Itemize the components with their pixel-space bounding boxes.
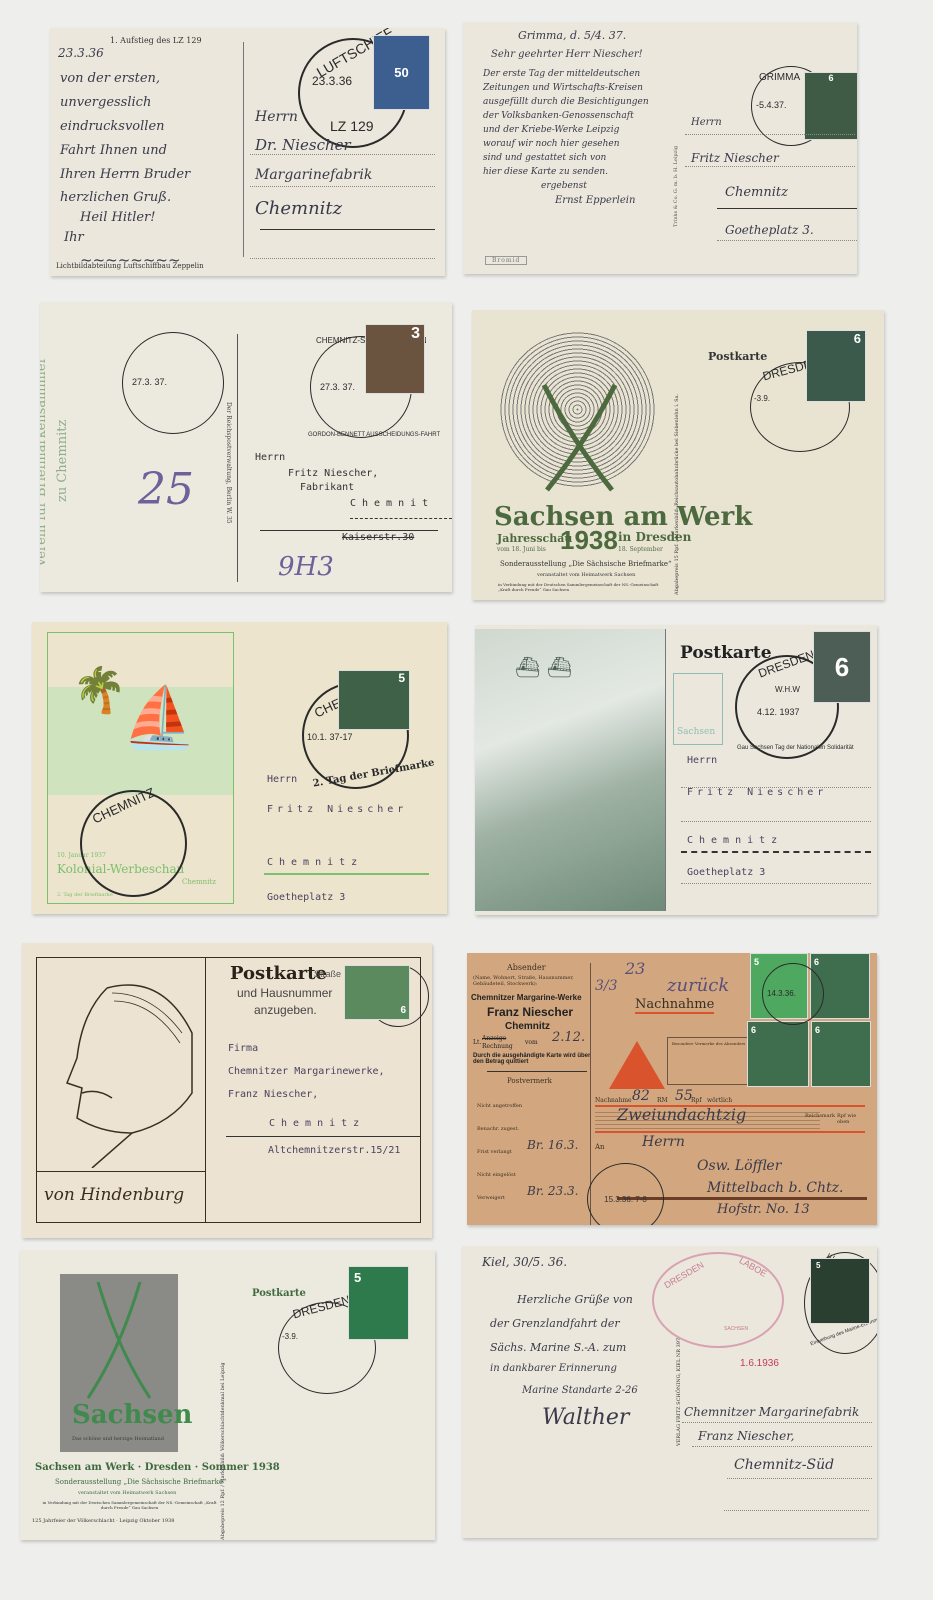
stamp: 5 xyxy=(348,1266,409,1340)
hindenburg-portrait xyxy=(52,973,202,1168)
recipient-line: Mittelbach b. Chtz. xyxy=(707,1181,844,1196)
address-rule xyxy=(350,518,452,519)
exhibition-year: 1938 xyxy=(560,525,618,556)
address-rule xyxy=(692,1446,872,1447)
address-line: Chemnitzer Margarinefabrik xyxy=(684,1406,859,1419)
address-line: Fritz Niescher xyxy=(267,804,407,815)
address-rule xyxy=(260,229,435,230)
stamp: 5 xyxy=(810,1258,870,1324)
amount-rm: 82 xyxy=(632,1089,650,1104)
divider xyxy=(237,334,238,582)
section-rule xyxy=(487,1071,587,1072)
postcard-kiel: Kiel, 30/5. 36. Herzliche Grüße von der … xyxy=(462,1246,877,1538)
postmark-bottom: Gau Sachsen Tag der Nationalen Solidarit… xyxy=(737,745,854,751)
message-line: Kiel, 30/5. 36. xyxy=(482,1256,567,1269)
caption-bottom: Lichtbildabteilung Luftschiffbau Zeppeli… xyxy=(56,262,204,270)
postmark-bottom: LZ 129 xyxy=(330,118,374,134)
oval-stamp-bottom: SACHSEN xyxy=(724,1326,748,1332)
worded-label: wörtlich xyxy=(707,1097,732,1104)
address-rule xyxy=(681,883,871,884)
exhibition-subtitle-right: in Dresden xyxy=(618,530,691,544)
address-line: Herrn xyxy=(255,452,285,463)
postkarte-label: Postkarte xyxy=(708,350,767,363)
postkarte-label: Postkarte xyxy=(680,643,772,663)
postvermerk-row: Nicht angetroffen xyxy=(477,1103,522,1109)
sender-company: Chemnitzer Margarine-Werke xyxy=(471,993,582,1002)
postmark-date: -5.4.37. xyxy=(756,100,787,110)
address-rule xyxy=(682,1422,872,1423)
side-imprint: Der Reichspostverwaltung, Berlin W. 35 xyxy=(225,402,232,524)
exhibition-fine-print: in Verbindung mit der Deutschen Sammlerg… xyxy=(498,582,663,592)
signature: von Hindenburg xyxy=(44,1187,184,1205)
message-line: unvergesslich xyxy=(60,96,151,110)
recipient-line: Osw. Löffler xyxy=(697,1159,781,1174)
postkarte-label: Postkarte xyxy=(252,1288,306,1299)
address-rule xyxy=(681,851,871,853)
receipt-note: Durch die ausgehändigte Karte wird über … xyxy=(473,1053,595,1065)
message-line: Fahrt Ihnen und xyxy=(60,144,167,158)
postvermerk-row: Frist verlangt xyxy=(477,1149,512,1155)
postvermerk-label: Postvermerk xyxy=(507,1077,552,1085)
address-line: Chemnitz-Süd xyxy=(734,1458,834,1473)
invoice-vom: vom xyxy=(525,1039,538,1046)
stamp: 6 xyxy=(811,1021,871,1087)
postcard-kolonial: ⛵ 🌴 10. Januar 1937 Kolonial-Werbeschau … xyxy=(32,622,447,914)
an-label: An xyxy=(595,1143,605,1151)
postcard-sachsen-1938: Sachsen Das schöne und herzige Heimatlan… xyxy=(20,1250,435,1540)
postvermerk-row: Verweigert xyxy=(477,1195,505,1201)
postvermerk-value: Br. 16.3. xyxy=(527,1139,578,1152)
invoice-label: Rechnung xyxy=(482,1043,513,1050)
recipient-line: Herrn xyxy=(642,1135,685,1150)
stamp: 6 xyxy=(747,1021,809,1087)
address-line: Herrn xyxy=(255,110,298,125)
address-rule xyxy=(681,821,871,822)
postcard-gordon-bennett: Verein für Briefmarkensammler zu Chemnit… xyxy=(40,302,452,592)
signature: Walther xyxy=(542,1406,629,1429)
address-line: Franz Niescher, xyxy=(698,1430,794,1443)
message-line: Herzliche Grüße von xyxy=(517,1294,633,1306)
amount-words: Zweiundachtzig xyxy=(617,1107,746,1124)
message-line: Zeitungen und Wirtschafts-Kreisen xyxy=(483,84,643,93)
postmark-bottom: GORDON-BENNETT AUSSCHEIDUNGS-FAHRT xyxy=(308,432,440,438)
side-imprint: Abgabepreis 15 Rpf. / Markenbild: Reichs… xyxy=(674,394,680,595)
divider xyxy=(205,957,206,1223)
panel-line: 2. Tag der Briefmarke xyxy=(57,892,113,898)
postcard-sachsen-am-werk: Sachsen am Werk Jahresschau 1938 in Dres… xyxy=(472,310,884,600)
postmark-date: 27.3. 37. xyxy=(320,382,355,392)
side-imprint: Trinks & Co. G. m. b. H. Leipzig xyxy=(673,146,679,227)
sender-hint: (Name, Wohnort, Straße, Hausnummer, Gebä… xyxy=(473,975,591,987)
address-line: Kaiserstr.30 xyxy=(342,532,414,543)
message-line: hier diese Karte zu senden. xyxy=(483,168,608,177)
ships-illustration: ⛴ ⛴ xyxy=(515,655,572,679)
message-line: Ihr xyxy=(64,231,84,245)
postkarte-label: Postkarte xyxy=(230,963,327,984)
headline: Sachsen am Werk · Dresden · Sommer 1938 xyxy=(35,1462,280,1473)
message-line: Ihren Herrn Bruder xyxy=(60,168,190,182)
postcard-whw: ⛴ ⛴ Postkarte Sachsen DRESDEN W.H.W 4.12… xyxy=(475,625,877,915)
address-line: Herrn xyxy=(267,774,297,785)
address-rule xyxy=(724,1510,869,1511)
stamp: 6 xyxy=(806,330,866,402)
message-line: und der Kriebe-Werke Leipzig xyxy=(483,126,619,135)
address-rule xyxy=(260,530,438,531)
message-line: von der ersten, xyxy=(60,72,160,86)
stamp: 50 xyxy=(373,35,430,110)
pencil-note: 9H3 xyxy=(278,554,334,581)
postmark-date: 4.12. 1937 xyxy=(757,707,800,717)
message-line: ergebenst xyxy=(541,182,587,191)
address-rule xyxy=(727,1478,872,1479)
divider xyxy=(665,629,666,911)
footer: 125 Jahrfeier der Völkerschlacht · Leipz… xyxy=(32,1518,174,1524)
message-line: in dankbarer Erinnerung xyxy=(490,1364,617,1375)
address-rule xyxy=(250,186,435,187)
message-line: Grimma, d. 5/4. 37. xyxy=(518,30,626,42)
address-rule xyxy=(685,166,855,167)
postmark-date: 10.1. 37-17 xyxy=(307,732,353,742)
message-line: eindrucksvollen xyxy=(60,120,165,134)
caption-top: 1. Aufstieg des LZ 129 xyxy=(110,36,202,45)
exhibition-special: Sonderausstellung „Die Sächsische Briefm… xyxy=(500,560,672,568)
pencil-note: 25 xyxy=(138,467,194,513)
rpf-wie-oben: Rpf wie oben xyxy=(837,1113,867,1125)
divider xyxy=(243,42,244,257)
nachnahme-triangle xyxy=(609,1041,665,1089)
address-line: Goetheplatz 3. xyxy=(725,224,814,237)
address-line: Altchemnitzerstr.15/21 xyxy=(268,1145,400,1156)
panel-subtitle: Das schöne und herzige Heimatland xyxy=(72,1436,164,1442)
address-line: Firma xyxy=(228,1043,258,1054)
fine-print: in Verbindung mit der Deutschen Sammlerg… xyxy=(42,1500,217,1510)
address-line: Chemnitz xyxy=(255,200,342,219)
postmark-chemnitz-date: 14.3.36. xyxy=(767,989,796,998)
address-line: Fritz Niescher xyxy=(691,152,779,165)
postmark-top: GRIMMA xyxy=(759,72,800,83)
amount-label: Nachnahme xyxy=(595,1097,632,1104)
amount-rule xyxy=(595,1131,865,1133)
message-line: Marine Standarte 2-26 xyxy=(522,1386,638,1397)
message-line: Sächs. Marine S.-A. zum xyxy=(490,1342,626,1354)
message-line: ausgefüllt durch die Besichtigungen xyxy=(483,98,649,107)
postmark-date: -3.9. xyxy=(282,1332,298,1341)
exhibition-date-right: 18. September xyxy=(618,546,663,553)
postcard-grimma: Grimma, d. 5/4. 37. Sehr geehrter Herr N… xyxy=(463,22,857,274)
exhibition-date-left: vom 18. Juni bis xyxy=(497,546,546,553)
stamp: 3 xyxy=(365,324,425,394)
address-line: Chemnitz xyxy=(687,835,783,846)
rm-label: RM xyxy=(657,1097,668,1104)
postmark-mittelbach: 15.3.36. 7-8 xyxy=(587,1163,664,1225)
stamp: 6 xyxy=(344,965,410,1020)
address-line: Fritz Niescher, xyxy=(288,468,378,479)
sender-label: Absender xyxy=(507,963,546,972)
address-line: Fritz Niescher xyxy=(687,787,827,798)
invoice-struck: Anzeige xyxy=(482,1035,506,1042)
stamp: 6 xyxy=(813,631,871,703)
slogan-line: und Hausnummer xyxy=(237,986,332,1000)
address-rule xyxy=(226,1136,421,1137)
address-line: Dr. Niescher xyxy=(255,138,351,154)
crossed-swords-icon xyxy=(532,380,627,495)
message-line: Heil Hitler! xyxy=(80,211,156,225)
address-rule xyxy=(250,154,435,155)
address-line: Goetheplatz 3 xyxy=(267,892,345,903)
recipient-line: Hofstr. No. 13 xyxy=(717,1203,810,1217)
address-rule xyxy=(681,787,871,788)
stamp: 5 xyxy=(338,670,410,730)
ship-illustration: ⛵ xyxy=(122,682,197,753)
exhibition-title: Sachsen am Werk xyxy=(494,502,752,532)
label-box: Bromid xyxy=(485,256,527,265)
address-line: Chemnitz xyxy=(267,857,363,868)
sender-name: Franz Niescher xyxy=(487,1005,573,1019)
side-imprint: VERLAG FRITZ SCHÖNING, KIEL NR 397 xyxy=(676,1338,682,1446)
postcard-hindenburg: von Hindenburg Postkarte Straße und Haus… xyxy=(22,943,432,1238)
message-line: Der erste Tag der mitteldeutschen xyxy=(483,70,640,79)
reichsmark-label: Reichsmark xyxy=(805,1113,830,1119)
pencil-note: 23 xyxy=(625,961,645,978)
panel-title: Sachsen xyxy=(72,1400,192,1430)
message-line: Sehr geehrter Herr Niescher! xyxy=(491,50,643,61)
invoice-date: 2.12. xyxy=(552,1031,585,1045)
address-line: Goetheplatz 3 xyxy=(687,867,765,878)
palm-illustration: 🌴 xyxy=(72,664,127,716)
postmark-date: -3.9. xyxy=(754,394,770,403)
panel-line: Chemnitz xyxy=(182,878,216,886)
rpf-label: Rpf xyxy=(691,1097,702,1104)
sachsen-box-label: Sachsen xyxy=(677,727,715,737)
address-line: Franz Niescher, xyxy=(228,1089,318,1100)
sender-vertical: Verein für Briefmarkensammler xyxy=(40,357,49,567)
address-line: Fabrikant xyxy=(300,482,354,493)
stamp: 6 xyxy=(804,72,857,140)
message-line: der Volksbanken-Genossenschaft xyxy=(483,112,634,121)
slogan-line: Straße xyxy=(314,969,341,979)
message-line: 23.3.36 xyxy=(58,47,104,60)
invoice-prefix: Lt. xyxy=(473,1039,481,1046)
message-line: worauf wir noch hier gesehen xyxy=(483,140,620,149)
postcard-zeppelin: 1. Aufstieg des LZ 129 23.3.36 von der e… xyxy=(50,28,445,276)
oval-stamp xyxy=(652,1252,784,1348)
special-notes-label: Besondere Vermerke des Absenders xyxy=(672,1041,745,1046)
address-line: Chemnitz xyxy=(725,186,788,200)
nachnahme-title: Nachnahme xyxy=(635,997,714,1014)
message-line: sind und gestattet sich von xyxy=(483,154,606,163)
signature: Ernst Epperlein xyxy=(555,196,635,207)
address-rule xyxy=(685,134,855,135)
red-date: 1.6.1936 xyxy=(740,1358,779,1369)
address-rule xyxy=(250,258,435,259)
side-imprint: Abgabepreis 12 Rpf. / Markenbild: Völker… xyxy=(220,1362,226,1540)
postmark-left-date: 27.3. 37. xyxy=(132,377,167,387)
slogan-line: anzugeben. xyxy=(254,1003,317,1017)
postmark-emblem: W.H.W xyxy=(775,685,800,694)
postvermerk-value: Br. 23.3. xyxy=(527,1185,578,1198)
postvermerk-row: Benachr. zugest. xyxy=(477,1126,519,1132)
pencil-note: 3/3 xyxy=(595,979,618,994)
address-line: Margarinefabrik xyxy=(255,168,372,183)
address-line: Chemnitz xyxy=(269,1118,365,1129)
address-line: Herrn xyxy=(687,755,717,766)
address-rule xyxy=(264,873,429,875)
sender-city: Chemnitz xyxy=(505,1021,550,1032)
address-line: Chemnitzer Margarinewerke, xyxy=(228,1066,385,1077)
address-rule xyxy=(717,240,857,241)
postmark-date: 23.3.36 xyxy=(312,74,352,88)
message-line: herzlichen Gruß. xyxy=(60,191,171,205)
pencil-note: zurück xyxy=(667,977,729,996)
address-rule xyxy=(717,208,857,209)
message-line: der Grenzlandfahrt der xyxy=(490,1318,620,1330)
exhibit: Sonderausstellung „Die Sächsische Briefm… xyxy=(55,1478,227,1486)
postcard-nachnahme: Absender (Name, Wohnort, Straße, Hausnum… xyxy=(467,953,877,1225)
organizer: veranstaltet vom Heimatwerk Sachsen xyxy=(78,1490,176,1496)
crossed-swords-icon xyxy=(78,1280,160,1400)
address-line: Herrn xyxy=(691,118,722,129)
postvermerk-row: Nicht eingelöst xyxy=(477,1172,516,1178)
exhibition-organizer: veranstaltet vom Heimatwerk Sachsen xyxy=(537,572,635,578)
address-line: Chemnit xyxy=(350,498,434,509)
sender-vertical-city: zu Chemnitz xyxy=(55,420,70,502)
